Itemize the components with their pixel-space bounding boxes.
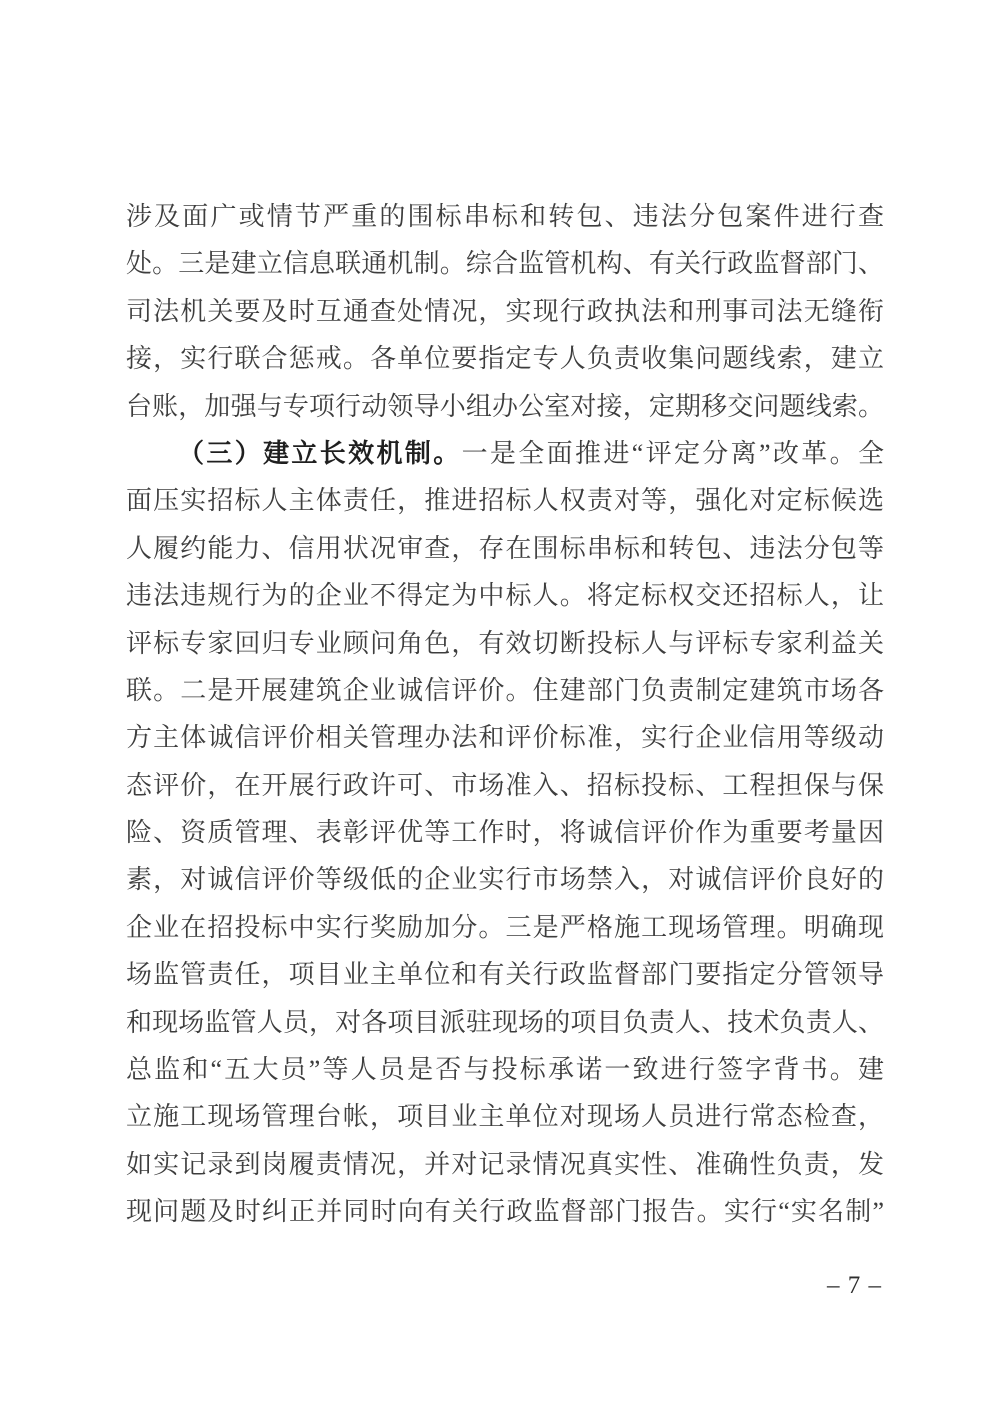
text-line-9: 违法违规行为的企业不得定为中标人。将定标权交还招标人，让 bbox=[126, 572, 884, 619]
text-line-13: 态评价，在开展行政许可、市场准入、招标投标、工程担保与保 bbox=[126, 762, 884, 809]
section-heading: （三）建立长效机制。 bbox=[178, 439, 462, 468]
document-body: 涉及面广或情节严重的围标串标和转包、违法分包案件进行查 处。三是建立信息联通机制… bbox=[126, 193, 884, 1236]
text-line-3: 司法机关要及时互通查处情况，实现行政执法和刑事司法无缝衔 bbox=[126, 288, 884, 335]
text-line-12: 方主体诚信评价相关管理办法和评价标准，实行企业信用等级动 bbox=[126, 714, 884, 761]
text-line-16: 企业在招投标中实行奖励加分。三是严格施工现场管理。明确现 bbox=[126, 904, 884, 951]
text-line-22: 现问题及时纠正并同时向有关行政监督部门报告。实行“实名制” bbox=[126, 1188, 884, 1235]
text-line-7: 面压实招标人主体责任，推进招标人权责对等，强化对定标候选 bbox=[126, 477, 884, 524]
text-line-19: 总监和“五大员”等人员是否与投标承诺一致进行签字背书。建 bbox=[126, 1046, 884, 1093]
text-line-6: （三）建立长效机制。一是全面推进“评定分离”改革。全 bbox=[126, 430, 884, 477]
text-line-10: 评标专家回归专业顾问角色，有效切断投标人与评标专家利益关 bbox=[126, 620, 884, 667]
text-line-4: 接，实行联合惩戒。各单位要指定专人负责收集问题线索，建立 bbox=[126, 335, 884, 382]
text-line-14: 险、资质管理、表彰评优等工作时，将诚信评价作为重要考量因 bbox=[126, 809, 884, 856]
page-number: – 7 – bbox=[827, 1272, 882, 1300]
text-line-1: 涉及面广或情节严重的围标串标和转包、违法分包案件进行查 bbox=[126, 193, 884, 240]
text-line-17: 场监管责任，项目业主单位和有关行政监督部门要指定分管领导 bbox=[126, 951, 884, 998]
text-line-8: 人履约能力、信用状况审查，存在围标串标和转包、违法分包等 bbox=[126, 525, 884, 572]
text-line-11: 联。二是开展建筑企业诚信评价。住建部门负责制定建筑市场各 bbox=[126, 667, 884, 714]
text-line-21: 如实记录到岗履责情况，并对记录情况真实性、准确性负责，发 bbox=[126, 1141, 884, 1188]
text-line-15: 素，对诚信评价等级低的企业实行市场禁入，对诚信评价良好的 bbox=[126, 856, 884, 903]
document-page: 涉及面广或情节严重的围标串标和转包、违法分包案件进行查 处。三是建立信息联通机制… bbox=[0, 0, 1000, 1414]
text-line-2: 处。三是建立信息联通机制。综合监管机构、有关行政监督部门、 bbox=[126, 240, 884, 287]
text-line-18: 和现场监管人员，对各项目派驻现场的项目负责人、技术负责人、 bbox=[126, 999, 884, 1046]
text-line-5: 台账，加强与专项行动领导小组办公室对接，定期移交问题线索。 bbox=[126, 383, 884, 430]
text-run: 一是全面推进“评定分离”改革。全 bbox=[462, 439, 884, 468]
text-line-20: 立施工现场管理台帐，项目业主单位对现场人员进行常态检查， bbox=[126, 1093, 884, 1140]
